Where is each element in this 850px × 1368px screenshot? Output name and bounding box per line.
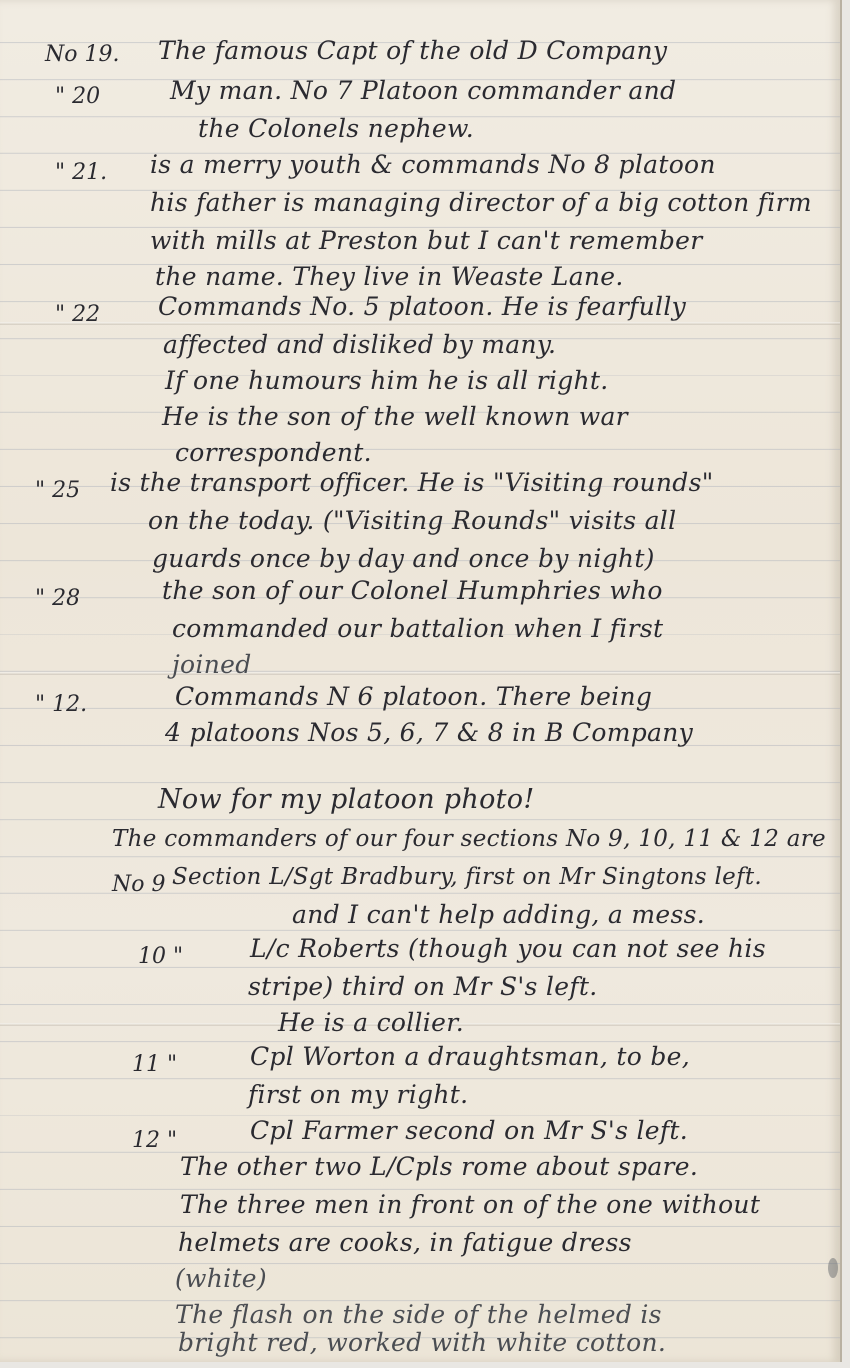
entry-line: is the transport officer. He is "Visitin… xyxy=(110,468,714,497)
section-marker: 12 " xyxy=(132,1128,177,1153)
closing-line: The flash on the side of the helmed is xyxy=(175,1300,662,1329)
entry-marker: " 28 xyxy=(35,586,80,611)
entry-line: affected and disliked by many. xyxy=(163,330,556,359)
entry-line: his father is managing director of a big… xyxy=(150,188,812,217)
entry-line: He is the son of the well known war xyxy=(162,402,628,431)
entry-line: the name. They live in Weaste Lane. xyxy=(155,262,624,291)
entry-line: with mills at Preston but I can't rememb… xyxy=(150,226,703,255)
ink-blot xyxy=(828,1258,838,1278)
section-line: Cpl Worton a draughtsman, to be, xyxy=(250,1042,690,1071)
section-line: stripe) third on Mr S's left. xyxy=(248,972,597,1001)
entry-marker: " 21. xyxy=(55,160,107,185)
section-line: L/c Roberts (though you can not see his xyxy=(250,934,766,963)
entry-line: If one humours him he is all right. xyxy=(165,366,609,395)
entry-marker: " 25 xyxy=(35,478,80,503)
section-line: He is a collier. xyxy=(278,1008,464,1037)
entry-line: joined xyxy=(172,650,252,679)
entry-line: is a merry youth & commands No 8 platoon xyxy=(150,150,716,179)
entry-line: Commands No. 5 platoon. He is fearfully xyxy=(158,292,686,321)
entry-line: the Colonels nephew. xyxy=(198,114,474,143)
section-heading: Now for my platoon photo! xyxy=(158,784,534,815)
entry-line: correspondent. xyxy=(175,438,372,467)
entry-line: The famous Capt of the old D Company xyxy=(158,36,667,65)
section-line: and I can't help adding, a mess. xyxy=(292,900,705,929)
section-marker: No 9 xyxy=(112,872,166,897)
section-line: first on my right. xyxy=(248,1080,468,1109)
section-marker: 11 " xyxy=(132,1052,177,1077)
intro-line: The commanders of our four sections No 9… xyxy=(112,826,826,852)
section-line: Cpl Farmer second on Mr S's left. xyxy=(250,1116,688,1145)
entry-line: 4 platoons Nos 5, 6, 7 & 8 in B Company xyxy=(165,718,693,747)
paper-fold xyxy=(0,322,840,325)
section-line: Section L/Sgt Bradbury, first on Mr Sing… xyxy=(172,864,762,890)
entry-marker: " 22 xyxy=(55,302,100,327)
closing-line: The other two L/Cpls rome about spare. xyxy=(180,1152,698,1181)
entry-line: on the today. ("Visiting Rounds" visits … xyxy=(148,506,676,535)
entry-marker: No 19. xyxy=(45,42,119,67)
entry-line: Commands N 6 platoon. There being xyxy=(175,682,652,711)
entry-line: commanded our battalion when I first xyxy=(172,614,663,643)
closing-line: bright red, worked with white cotton. xyxy=(178,1328,666,1357)
entry-marker: " 12. xyxy=(35,692,87,717)
entry-marker: " 20 xyxy=(55,84,100,109)
entry-line: My man. No 7 Platoon commander and xyxy=(170,76,676,105)
closing-line: helmets are cooks, in fatigue dress xyxy=(178,1228,632,1257)
closing-line: The three men in front on of the one wit… xyxy=(180,1190,760,1219)
entry-line: the son of our Colonel Humphries who xyxy=(162,576,663,605)
letter-page: No 19. The famous Capt of the old D Comp… xyxy=(0,0,842,1362)
entry-line: guards once by day and once by night) xyxy=(152,544,655,573)
paper-fold xyxy=(0,672,840,675)
section-marker: 10 " xyxy=(138,944,183,969)
closing-line: (white) xyxy=(175,1264,267,1293)
